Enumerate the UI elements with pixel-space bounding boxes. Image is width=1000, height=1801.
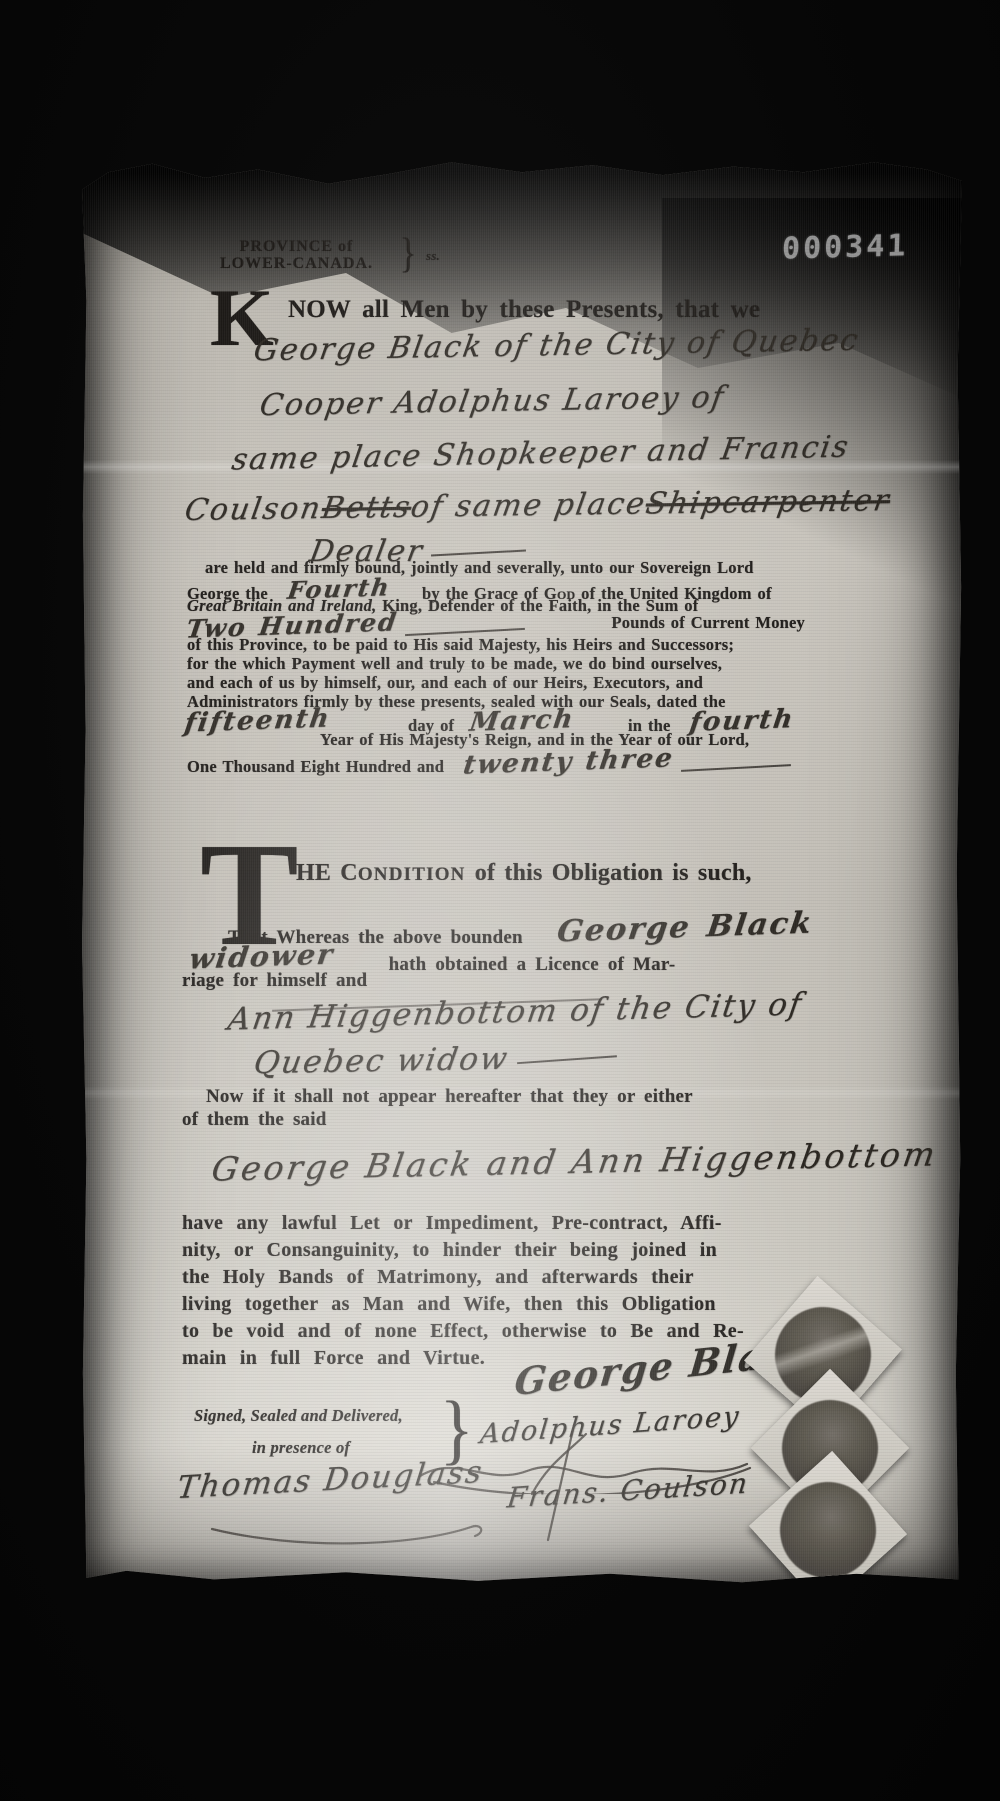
flourish-dash — [681, 764, 791, 772]
printed-text: Pounds of Current Money — [611, 613, 805, 633]
closing-line: main in full Force and Virtue. — [182, 1347, 485, 1370]
party-name-text: George Black of the City of Quebec — [251, 323, 862, 369]
wax-seal-3 — [749, 1451, 907, 1609]
attestation-line1: Signed, Sealed and Delivered, — [194, 1406, 403, 1426]
now-clause-line: Now if it shall not appear hereafter tha… — [206, 1086, 693, 1108]
bond-clause-line: for the which Payment well and truly to … — [187, 654, 722, 674]
groom-name-fill: George Black — [555, 906, 816, 950]
signature-underline-flourish — [207, 1520, 492, 1548]
handwritten-party-line3: same place Shopkeeper and Francis — [232, 430, 850, 478]
struck-word: Shipcarpenter — [643, 483, 893, 521]
opening-heading: NOW all Men by these Presents, that we — [288, 296, 760, 324]
printed-text: of this Obligation is such, — [466, 860, 752, 886]
party-name-text: of same place — [408, 486, 649, 524]
seal-wax — [760, 1462, 896, 1598]
province-line1: PROVINCE of — [220, 238, 373, 255]
attestation-line2: in presence of — [252, 1438, 350, 1458]
witness-signature: Thomas Douglass — [175, 1454, 486, 1506]
condition-heading: HE CONDITION of this Obligation is such, — [296, 860, 752, 887]
bride-name-text: Ann Higgenbottom of the City of — [225, 986, 805, 1037]
serial-number-stamp: 000341 — [782, 228, 909, 266]
province-line2: LOWER-CANADA. — [220, 255, 373, 272]
jurat-abbreviation: ss. — [426, 248, 440, 264]
printed-text: hath obtained a Licence of Mar- — [389, 954, 676, 975]
party-name-text: Cooper Adolphus Laroey of — [257, 380, 727, 423]
bond-clause-line: are held and firmly bound, jointly and s… — [205, 558, 754, 578]
document-page: PROVINCE of LOWER-CANADA. } ss. 000341 K… — [82, 158, 962, 1588]
province-heading: PROVINCE of LOWER-CANADA. — [220, 238, 373, 272]
party-name-text: Coulson — [182, 491, 324, 528]
bride-name-line: Ann Higgenbottom of the City of — [228, 986, 803, 1037]
closing-line: the Holy Bands of Matrimony, and afterwa… — [182, 1266, 694, 1289]
printed-text: One Thousand Eight Hundred and — [187, 757, 444, 776]
bond-clause-line: One Thousand Eight Hundred and twenty th… — [187, 749, 791, 779]
couple-names-line: George Black and Ann Higgenbottom — [212, 1134, 938, 1188]
handwritten-party-line4: Coulson Betts of same place Shipcarpente… — [185, 483, 891, 528]
surety-signature: Adolphus Laroey — [479, 1401, 742, 1450]
pen-stroke — [520, 1422, 592, 1544]
flourish-dash — [431, 550, 526, 557]
printed-text-smallcaps: ONDITION — [358, 864, 466, 885]
scan-background: { "colors":{"background":"#070707","pape… — [0, 0, 1000, 1801]
brace-glyph: } — [400, 230, 417, 278]
closing-line: living together as Man and Wife, then th… — [182, 1293, 716, 1316]
day-fill: fifteenth — [182, 703, 332, 738]
bond-clause-line: of this Province, to be paid to His said… — [187, 635, 734, 655]
struck-word: Betts — [319, 490, 414, 526]
couple-names-text: George Black and Ann Higgenbottom — [209, 1134, 940, 1188]
bond-clause-line: Year of His Majesty's Reign, and in the … — [320, 730, 749, 750]
handwritten-party-line2: Cooper Adolphus Laroey of — [260, 380, 725, 423]
handwritten-party-line1: George Black of the City of Quebec — [254, 323, 860, 369]
bride-residence-line: Quebec widow — [254, 1039, 617, 1081]
whereas-line3: riage for himself and — [182, 970, 367, 992]
printed-text: HE C — [296, 860, 358, 886]
bond-clause-line: and each of us by himself, our, and each… — [187, 673, 703, 693]
closing-line: to be void and of none Effect, otherwise… — [182, 1320, 744, 1343]
closing-line: nity, or Consanguinity, to hinder their … — [182, 1239, 717, 1262]
year-fill: twenty three — [461, 743, 676, 780]
now-clause-line: of them the said — [182, 1109, 327, 1131]
party-name-text: same place Shopkeeper and Francis — [229, 429, 852, 477]
closing-line: have any lawful Let or Impediment, Pre-c… — [182, 1212, 722, 1235]
bride-status-text: Quebec widow — [251, 1041, 511, 1082]
flourish-dash — [517, 1055, 617, 1064]
